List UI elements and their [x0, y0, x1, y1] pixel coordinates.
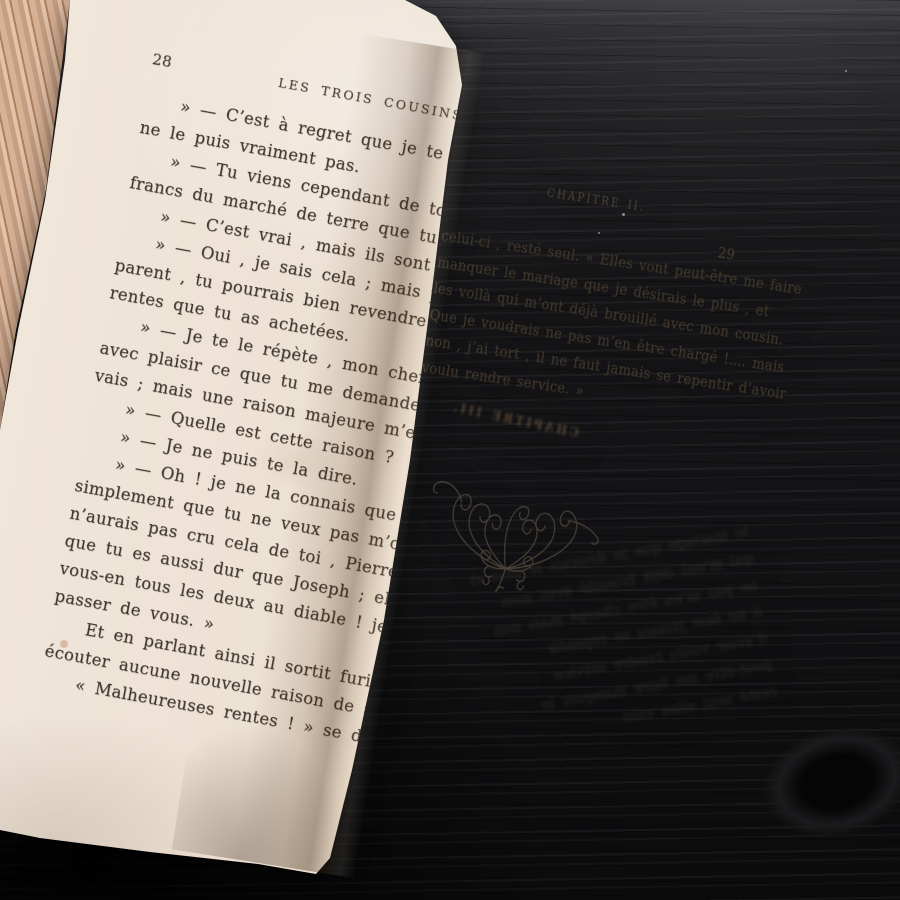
right-page-text: CHAPITRE II. 29 celui-ci , resté seul. «… [389, 165, 752, 632]
right-page-number: 29 [717, 243, 737, 263]
text-line: d’avoir voulu rendre service [460, 626, 770, 706]
text-line: resté seul elles vont [469, 679, 779, 759]
book-photo-scene: 28 LES TROIS COUSINS. » — C’est à regret… [0, 0, 900, 900]
right-page: CHAPITRE II. 29 celui-ci , resté seul. «… [0, 0, 900, 900]
text-line: peut-être me faire manquer le [464, 652, 774, 732]
ghost-showthrough-header: CHAPITRE III. [449, 395, 581, 448]
right-page-wrap: CHAPITRE II. 29 celui-ci , resté seul. «… [0, 0, 900, 900]
heart-flourish-ornament-icon [415, 449, 613, 609]
